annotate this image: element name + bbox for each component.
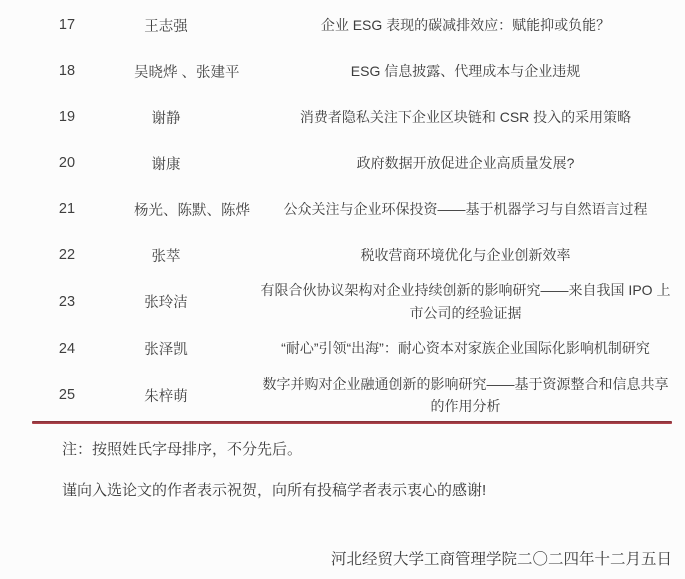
table-row: 20 谢康 政府数据开放促进企业高质量发展? [0,140,685,186]
row-paper-title: 税收营商环境优化与企业创新效率 [198,244,685,267]
table-row: 22 张萃 税收营商环境优化与企业创新效率 [0,232,685,278]
paper-list-table: 17 王志强 企业 ESG 表现的碳减排效应：赋能抑或负能？ 18 吴晓烨 、张… [0,0,685,419]
row-number: 20 [0,155,134,171]
row-number: 25 [0,387,134,403]
row-paper-title: 企业 ESG 表现的碳减排效应：赋能抑或负能？ [198,14,685,37]
table-row: 17 王志强 企业 ESG 表现的碳减排效应：赋能抑或负能？ [0,2,685,48]
acceptance-list-document: 17 王志强 企业 ESG 表现的碳减排效应：赋能抑或负能？ 18 吴晓烨 、张… [0,0,685,579]
row-number: 19 [0,109,134,125]
row-authors: 谢静 [134,107,198,128]
row-number: 22 [0,247,134,263]
row-authors: 张萃 [134,245,198,266]
row-authors: 杨光、陈默、陈烨 [134,199,198,220]
row-authors: 张泽凯 [134,338,198,359]
signature-date-line: 河北经贸大学工商管理学院二〇二四年十二月五日 [0,547,685,569]
row-paper-title: ESG 信息披露、代理成本与企业违规 [198,60,685,83]
row-number: 21 [0,201,134,217]
row-paper-title: 数字并购对企业融通创新的影响研究——基于资源整合和信息共享的作用分析 [198,373,685,419]
row-paper-title: 消费者隐私关注下企业区块链和 CSR 投入的采用策略 [198,106,685,129]
row-number: 18 [0,63,134,79]
row-authors: 张玲洁 [134,291,198,312]
row-number: 24 [0,341,134,357]
table-row: 23 张玲洁 有限合伙协议架构对企业持续创新的影响研究——来自我国 IPO 上市… [0,278,685,326]
table-row: 24 张泽凯 “耐心”引领“出海”：耐心资本对家族企业国际化影响机制研究 [0,326,685,372]
row-paper-title: 政府数据开放促进企业高质量发展? [198,152,685,175]
row-authors: 朱梓萌 [134,385,198,406]
congratulations-note: 谨向入选论文的作者表示祝贺，向所有投稿学者表示衷心的感谢! [62,480,685,501]
table-bottom-rule [32,421,672,424]
sorting-note: 注：按照姓氏字母排序，不分先后。 [62,439,685,460]
row-paper-title: 公众关注与企业环保投资——基于机器学习与自然语言过程 [198,198,685,221]
row-number: 23 [0,294,134,310]
row-authors: 王志强 [134,15,198,36]
table-row: 19 谢静 消费者隐私关注下企业区块链和 CSR 投入的采用策略 [0,94,685,140]
table-row: 18 吴晓烨 、张建平 ESG 信息披露、代理成本与企业违规 [0,48,685,94]
row-paper-title: 有限合伙协议架构对企业持续创新的影响研究——来自我国 IPO 上市公司的经验证据 [198,279,685,325]
table-row: 21 杨光、陈默、陈烨 公众关注与企业环保投资——基于机器学习与自然语言过程 [0,186,685,232]
notes-section: 注：按照姓氏字母排序，不分先后。 谨向入选论文的作者表示祝贺，向所有投稿学者表示… [0,439,685,501]
table-row: 25 朱梓萌 数字并购对企业融通创新的影响研究——基于资源整合和信息共享的作用分… [0,372,685,420]
row-authors: 谢康 [134,153,198,174]
row-number: 17 [0,17,134,33]
row-paper-title: “耐心”引领“出海”：耐心资本对家族企业国际化影响机制研究 [198,337,685,360]
row-authors: 吴晓烨 、张建平 [134,61,198,82]
